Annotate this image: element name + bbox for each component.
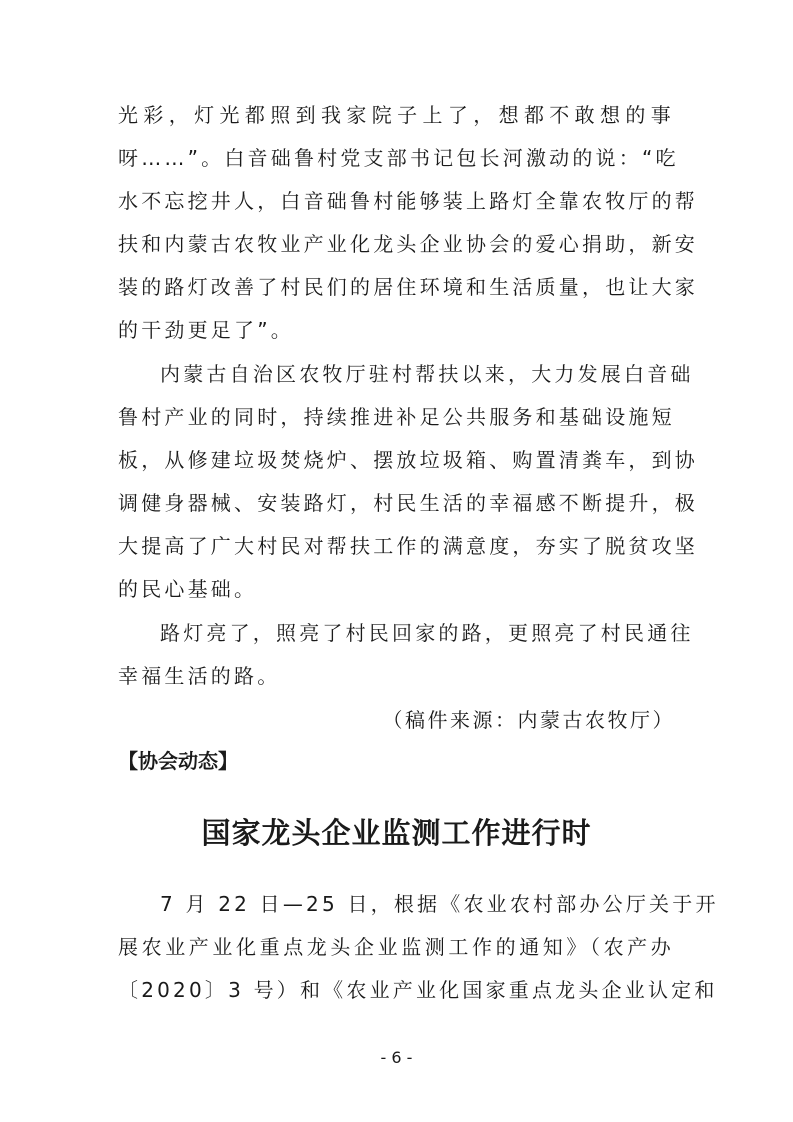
paragraph-line: 路灯亮了，照亮了村民回家的路，更照亮了村民通往 — [160, 621, 674, 645]
paragraph-line: 光彩，灯光都照到我家院子上了，想都不敢想的事 — [118, 103, 674, 127]
paragraph-line: 扶和内蒙古农牧业产业化龙头企业协会的爱心捐助，新安 — [118, 232, 674, 256]
paragraph-line: 呀……”。白音础鲁村党支部书记包长河激动的说：“吃 — [118, 146, 674, 170]
paragraph-line: 展农业产业化重点龙头企业监测工作的通知》（农产办 — [118, 935, 674, 959]
paragraph-line: 的民心基础。 — [118, 577, 674, 601]
paragraph-line: 〔2020〕3 号）和《农业产业化国家重点龙头企业认定和 — [118, 978, 674, 1002]
page-number: - 6 - — [0, 1048, 793, 1068]
paragraph-line: 的干劲更足了”。 — [118, 318, 674, 342]
paragraph-line: 7 月 22 日—25 日，根据《农业农村部办公厅关于开 — [160, 892, 674, 916]
paragraph-line: 板，从修建垃圾焚烧炉、摆放垃圾箱、购置清粪车，到协 — [118, 448, 674, 472]
paragraph-line: 水不忘挖井人，白音础鲁村能够装上路灯全靠农牧厅的帮 — [118, 189, 674, 213]
section-tag: 【协会动态】 — [118, 750, 238, 774]
article-title: 国家龙头企业监测工作进行时 — [0, 815, 793, 851]
paragraph-line: 大提高了广大村民对帮扶工作的满意度，夯实了脱贫攻坚 — [118, 534, 674, 558]
paragraph-line: 鲁村产业的同时，持续推进补足公共服务和基础设施短 — [118, 405, 674, 429]
paragraph-line: 调健身器械、安装路灯，村民生活的幸福感不断提升，极 — [118, 491, 674, 515]
paragraph-line: 装的路灯改善了村民们的居住环境和生活质量，也让大家 — [118, 275, 674, 299]
document-page: 光彩，灯光都照到我家院子上了，想都不敢想的事 呀……”。白音础鲁村党支部书记包长… — [0, 0, 793, 1122]
article-source: （稿件来源：内蒙古农牧厅） — [383, 708, 676, 732]
paragraph-line: 幸福生活的路。 — [118, 664, 674, 688]
paragraph-line: 内蒙古自治区农牧厅驻村帮扶以来，大力发展白音础 — [160, 362, 674, 386]
